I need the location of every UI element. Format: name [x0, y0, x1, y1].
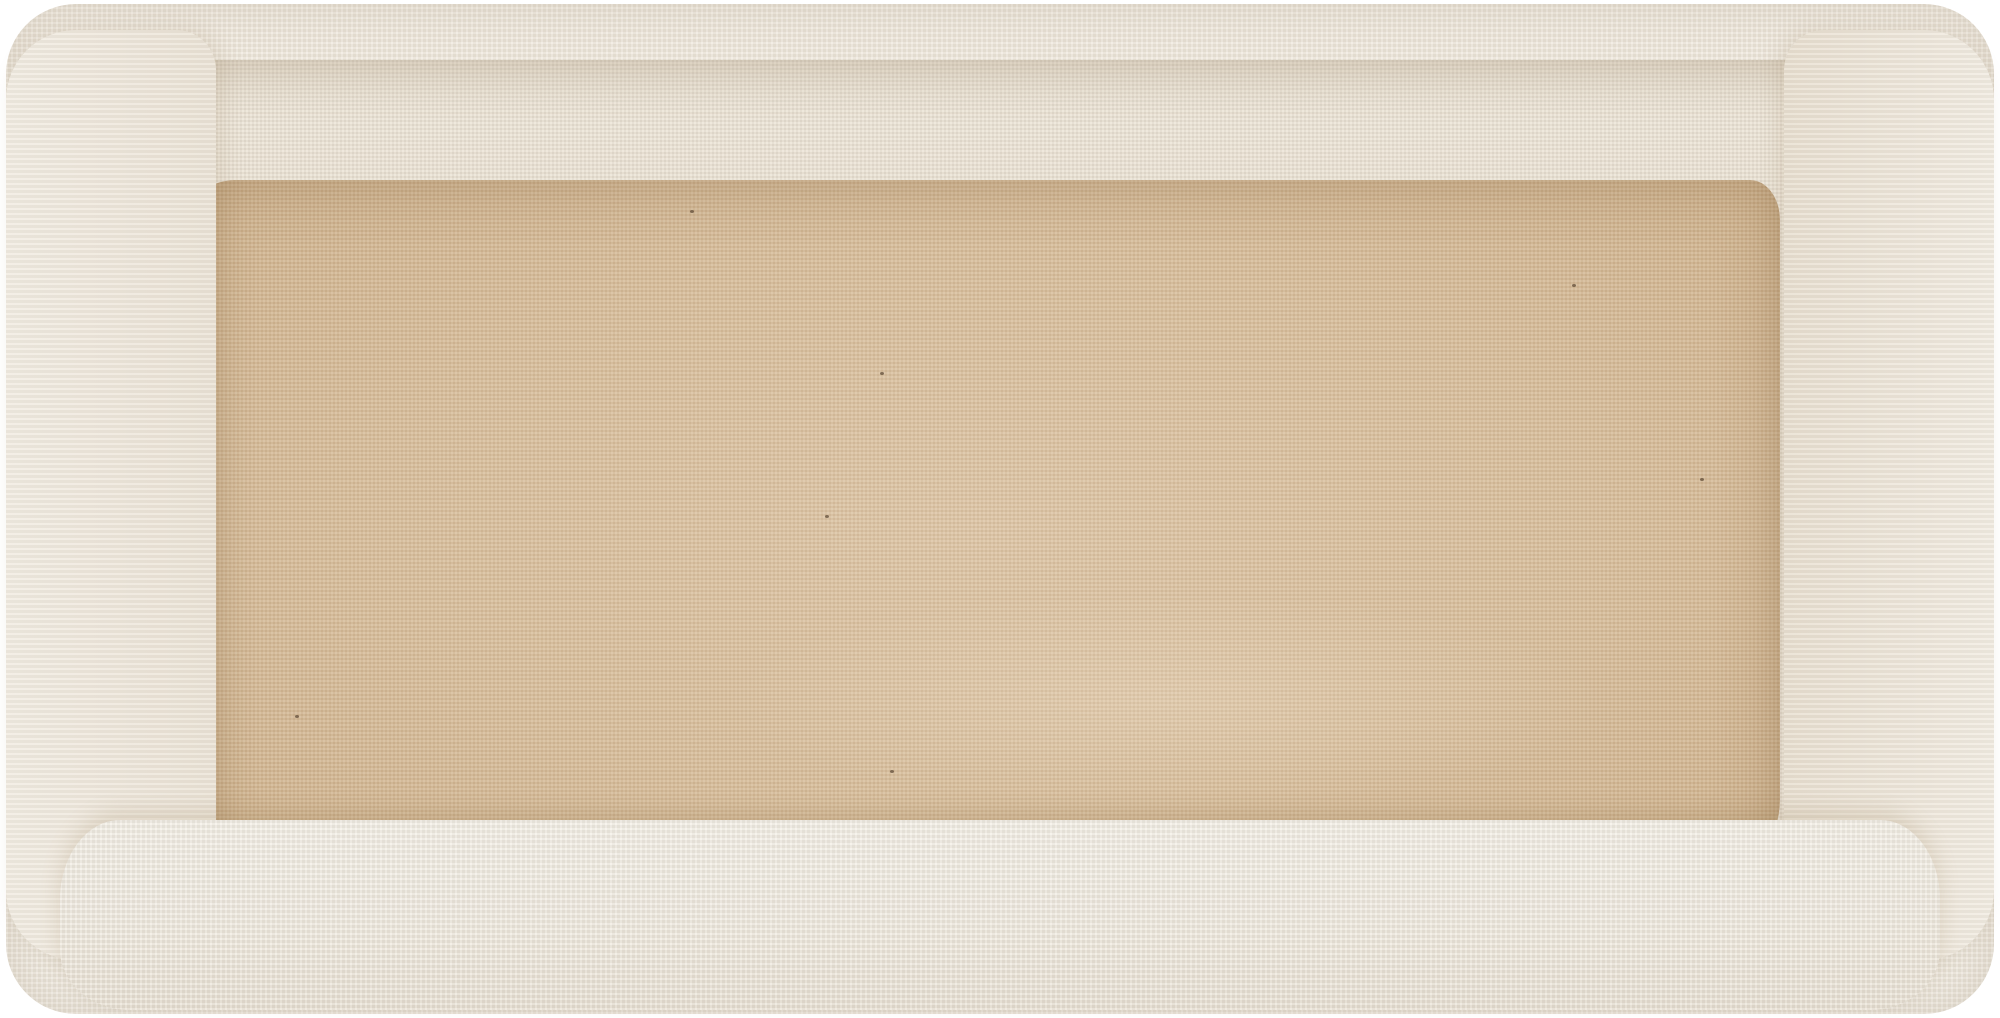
- linen-speck: [880, 372, 884, 375]
- linen-speck: [295, 715, 299, 718]
- basket-linen-floor: [195, 180, 1780, 870]
- linen-speck: [825, 515, 829, 518]
- linen-speck: [690, 210, 694, 213]
- linen-speck: [1572, 284, 1576, 287]
- linen-speck: [1700, 478, 1704, 481]
- basket-photo: [0, 0, 2000, 1018]
- front-folded-linen: [60, 820, 1940, 1010]
- floor-light-highlight: [715, 590, 1615, 810]
- linen-speck: [890, 770, 894, 773]
